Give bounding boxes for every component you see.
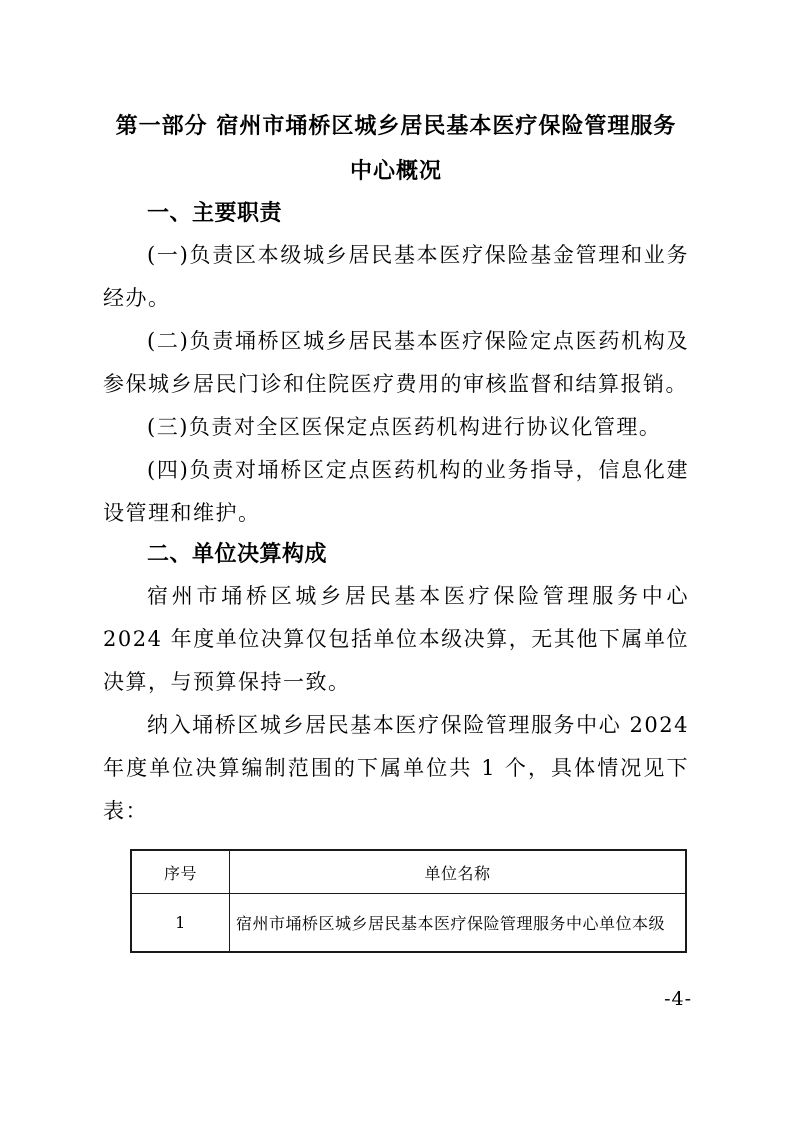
section-2-paragraph-2: 纳入埇桥区城乡居民基本医疗保险管理服务中心 2024 年度单位决算编制范围的下属…: [103, 704, 689, 833]
table-cell-index: 1: [131, 894, 230, 953]
section-2-paragraph-1: 宿州市埇桥区城乡居民基本医疗保险管理服务中心 2024 年度单位决算仅包括单位本…: [103, 575, 689, 704]
page-number: -4-: [664, 988, 692, 1010]
section-2-heading: 二、单位决算构成: [103, 535, 689, 575]
document-title: 第一部分 宿州市埇桥区城乡居民基本医疗保险管理服务 中心概况: [103, 104, 689, 194]
section-1-paragraph-3: (三)负责对全区医保定点医药机构进行协议化管理。: [103, 406, 689, 449]
table-row: 1 宿州市埇桥区城乡居民基本医疗保险管理服务中心单位本级: [131, 894, 686, 953]
document-content: 第一部分 宿州市埇桥区城乡居民基本医疗保险管理服务 中心概况 一、主要职责 (一…: [103, 104, 689, 953]
section-1-heading: 一、主要职责: [103, 194, 689, 234]
table-header-cell-unit-name: 单位名称: [230, 850, 687, 894]
section-1-paragraph-2: (二)负责埇桥区城乡居民基本医疗保险定点医药机构及参保城乡居民门诊和住院医疗费用…: [103, 320, 689, 406]
table-cell-unit-name: 宿州市埇桥区城乡居民基本医疗保险管理服务中心单位本级: [230, 894, 687, 953]
subordinate-units-table: 序号 单位名称 1 宿州市埇桥区城乡居民基本医疗保险管理服务中心单位本级: [130, 849, 687, 953]
document-page: 第一部分 宿州市埇桥区城乡居民基本医疗保险管理服务 中心概况 一、主要职责 (一…: [0, 0, 793, 1122]
document-title-line-1: 第一部分 宿州市埇桥区城乡居民基本医疗保险管理服务: [103, 104, 689, 149]
section-1-paragraph-4: (四)负责对埇桥区定点医药机构的业务指导，信息化建设管理和维护。: [103, 449, 689, 535]
table-header-row: 序号 单位名称: [131, 850, 686, 894]
document-title-line-2: 中心概况: [103, 149, 689, 194]
table-header-cell-index: 序号: [131, 850, 230, 894]
section-1-paragraph-1: (一)负责区本级城乡居民基本医疗保险基金管理和业务经办。: [103, 234, 689, 320]
